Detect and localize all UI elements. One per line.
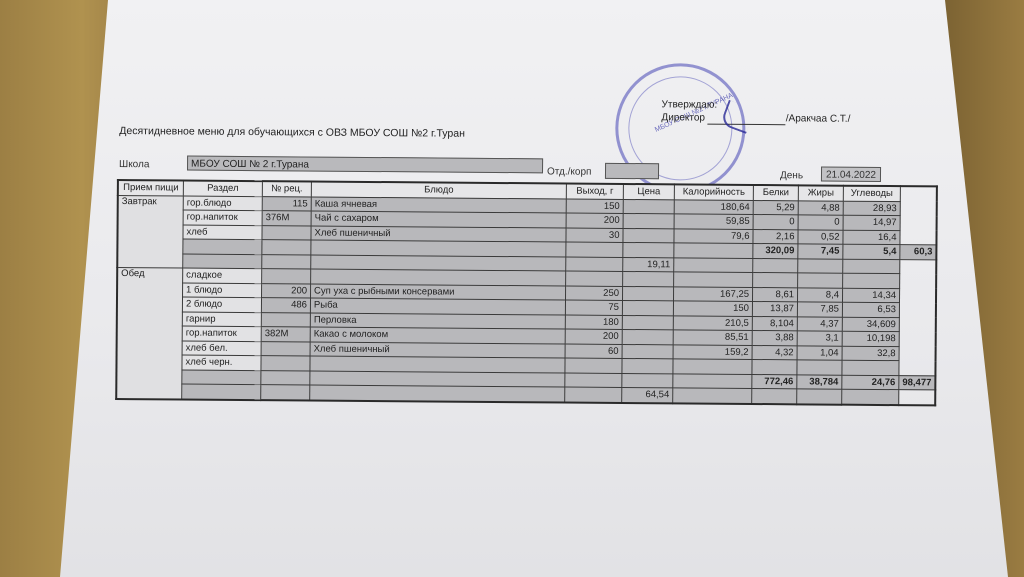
carbs-cell: 34,609 <box>842 317 899 332</box>
yield-cell <box>565 358 622 373</box>
yield-cell: 60 <box>565 344 622 359</box>
section-cell: хлеб <box>183 225 262 240</box>
protein-cell: 0 <box>753 214 798 229</box>
kcal-cell: 180,64 <box>674 199 753 214</box>
fat-cell: 1,04 <box>797 345 842 360</box>
fat-cell: 4,37 <box>797 316 842 331</box>
price-cell <box>623 199 674 214</box>
price-cell <box>622 344 673 359</box>
empty-cell <box>843 259 900 274</box>
kcal-cell <box>673 359 752 374</box>
kcal-cell <box>674 272 753 287</box>
col-kcal: Калорийность <box>674 184 753 200</box>
protein-cell: 2,16 <box>753 229 798 244</box>
kcal-cell: 59,85 <box>674 214 753 229</box>
director-line: Директор /Аракчаа С.Т./ <box>661 111 850 125</box>
price-total: 19,11 <box>623 257 674 272</box>
total-carbs: 98,477 <box>899 375 936 390</box>
section-cell: хлеб черн. <box>182 355 261 370</box>
recipe-cell <box>262 269 311 284</box>
section-cell: 1 блюдо <box>183 283 262 298</box>
kcal-cell: 150 <box>673 301 752 316</box>
carbs-cell: 14,97 <box>843 215 900 230</box>
protein-cell <box>753 272 798 287</box>
kcal-cell: 210,5 <box>673 315 752 330</box>
empty-cell <box>261 370 310 385</box>
yield-cell: 200 <box>566 213 623 228</box>
yield-cell <box>566 271 623 286</box>
total-protein: 38,784 <box>797 374 842 389</box>
kcal-cell: 85,51 <box>673 330 752 345</box>
empty-cell <box>262 240 311 255</box>
price-cell <box>622 358 673 373</box>
recipe-cell <box>261 312 310 327</box>
school-label: Школа <box>119 159 149 170</box>
col-yield: Выход, г <box>566 184 623 199</box>
protein-cell: 13,87 <box>752 301 797 316</box>
fat-cell: 3,1 <box>797 331 842 346</box>
empty-cell <box>798 258 843 273</box>
carbs-cell: 28,93 <box>843 201 900 216</box>
menu-table: Прием пищи Раздел № рец. Блюдо Выход, г … <box>115 179 938 406</box>
approval-block: Утверждаю: Директор /Аракчаа С.Т./ <box>661 98 850 125</box>
total-protein: 7,45 <box>798 244 843 259</box>
kcal-cell: 159,2 <box>673 344 752 359</box>
recipe-cell: 200 <box>262 283 311 298</box>
document-content: МБОУ СОШ №2 г.ТУРАНА Утверждаю: Директор… <box>0 0 1024 577</box>
empty-cell <box>182 370 261 385</box>
yield-cell: 30 <box>566 228 623 243</box>
total-kcal: 320,09 <box>753 243 798 258</box>
yield-cell: 250 <box>566 286 623 301</box>
protein-cell <box>752 359 797 374</box>
yield-cell: 200 <box>565 329 622 344</box>
section-cell: 2 блюдо <box>182 297 261 312</box>
col-carbs: Углеводы <box>843 186 900 201</box>
empty-cell <box>566 257 623 272</box>
kcal-cell: 79,6 <box>674 228 753 243</box>
day-field: 21.04.2022 <box>821 167 881 182</box>
director-label: Директор <box>661 112 705 123</box>
empty-cell <box>753 258 798 273</box>
price-cell <box>622 329 673 344</box>
section-cell: гор.напиток <box>182 326 261 341</box>
recipe-cell <box>261 341 310 356</box>
empty-cell <box>183 239 262 254</box>
recipe-cell: 382М <box>261 327 310 342</box>
fat-cell <box>797 360 842 375</box>
empty-cell <box>262 254 311 269</box>
price-cell <box>622 300 673 315</box>
empty-cell <box>261 385 310 400</box>
empty-cell <box>797 389 842 404</box>
price-cell <box>623 286 674 301</box>
yield-cell: 150 <box>566 199 623 214</box>
empty-cell <box>623 242 674 257</box>
empty-cell <box>673 373 752 388</box>
document-title: Десятидневное меню для обучающихся с ОВЗ… <box>119 125 465 140</box>
yield-cell: 75 <box>565 300 622 315</box>
empty-cell <box>310 385 565 402</box>
empty-cell <box>622 373 673 388</box>
price-cell <box>622 315 673 330</box>
fat-cell: 4,88 <box>798 200 843 215</box>
carbs-cell: 14,34 <box>842 288 899 303</box>
empty-cell <box>565 387 622 402</box>
carbs-cell <box>842 360 899 375</box>
empty-cell <box>182 384 261 400</box>
price-total: 64,54 <box>622 387 673 402</box>
empty-cell <box>183 254 262 269</box>
carbs-cell: 6,53 <box>842 302 899 317</box>
col-protein: Белки <box>753 185 798 200</box>
carbs-cell: 32,8 <box>842 346 899 361</box>
carbs-cell: 10,198 <box>842 331 899 346</box>
yield-cell: 180 <box>565 315 622 330</box>
carbs-cell <box>843 273 900 288</box>
empty-cell <box>674 257 753 272</box>
empty-cell <box>842 389 899 404</box>
kcal-cell: 167,25 <box>673 286 752 301</box>
protein-cell: 8,61 <box>752 287 797 302</box>
lunch-section: Обедсладкое1 блюдо200Суп уха с рыбными к… <box>116 267 936 404</box>
empty-cell <box>674 243 753 258</box>
total-kcal: 772,46 <box>752 374 797 389</box>
school-field: МБОУ СОШ № 2 г.Турана <box>187 156 543 174</box>
protein-cell: 8,104 <box>752 316 797 331</box>
recipe-cell: 376М <box>262 211 311 226</box>
empty-cell <box>566 242 623 257</box>
protein-cell: 3,88 <box>752 330 797 345</box>
recipe-cell: 486 <box>261 298 310 313</box>
fat-cell: 0,52 <box>798 229 843 244</box>
empty-cell <box>752 388 797 403</box>
price-cell <box>623 228 674 243</box>
section-cell: гор.блюдо <box>183 196 262 211</box>
total-fat: 5,4 <box>843 244 900 259</box>
col-meal: Прием пищи <box>118 180 184 196</box>
day-label: День <box>780 170 803 181</box>
section-cell: сладкое <box>183 268 262 283</box>
section-cell: гор.напиток <box>183 210 262 225</box>
total-fat: 24,76 <box>842 375 899 390</box>
empty-cell <box>565 373 622 388</box>
col-recipe: № рец. <box>262 181 311 196</box>
fat-cell: 0 <box>798 215 843 230</box>
protein-cell: 4,32 <box>752 345 797 360</box>
fat-cell <box>798 273 843 288</box>
dept-field <box>605 163 659 179</box>
protein-cell: 5,29 <box>753 200 798 215</box>
col-price: Цена <box>623 184 674 199</box>
section-cell: хлеб бел. <box>182 341 261 356</box>
recipe-cell: 115 <box>262 196 311 211</box>
empty-cell <box>673 388 752 404</box>
meal-cell: Обед <box>116 267 183 399</box>
col-section: Раздел <box>183 181 262 197</box>
breakfast-section: Завтракгор.блюдо115Каша ячневая150180,64… <box>117 195 937 274</box>
dept-label: Отд./корп <box>547 166 592 177</box>
section-cell: гарнир <box>182 312 261 327</box>
recipe-cell <box>261 356 310 371</box>
total-carbs: 60,3 <box>900 245 937 260</box>
director-name: /Аракчаа С.Т./ <box>786 113 851 125</box>
price-cell <box>623 271 674 286</box>
recipe-cell <box>262 225 311 240</box>
fat-cell: 7,85 <box>797 302 842 317</box>
price-cell <box>623 213 674 228</box>
carbs-cell: 16,4 <box>843 230 900 245</box>
fat-cell: 8,4 <box>797 287 842 302</box>
col-fat: Жиры <box>798 185 843 200</box>
meal-cell: Завтрак <box>117 195 183 268</box>
